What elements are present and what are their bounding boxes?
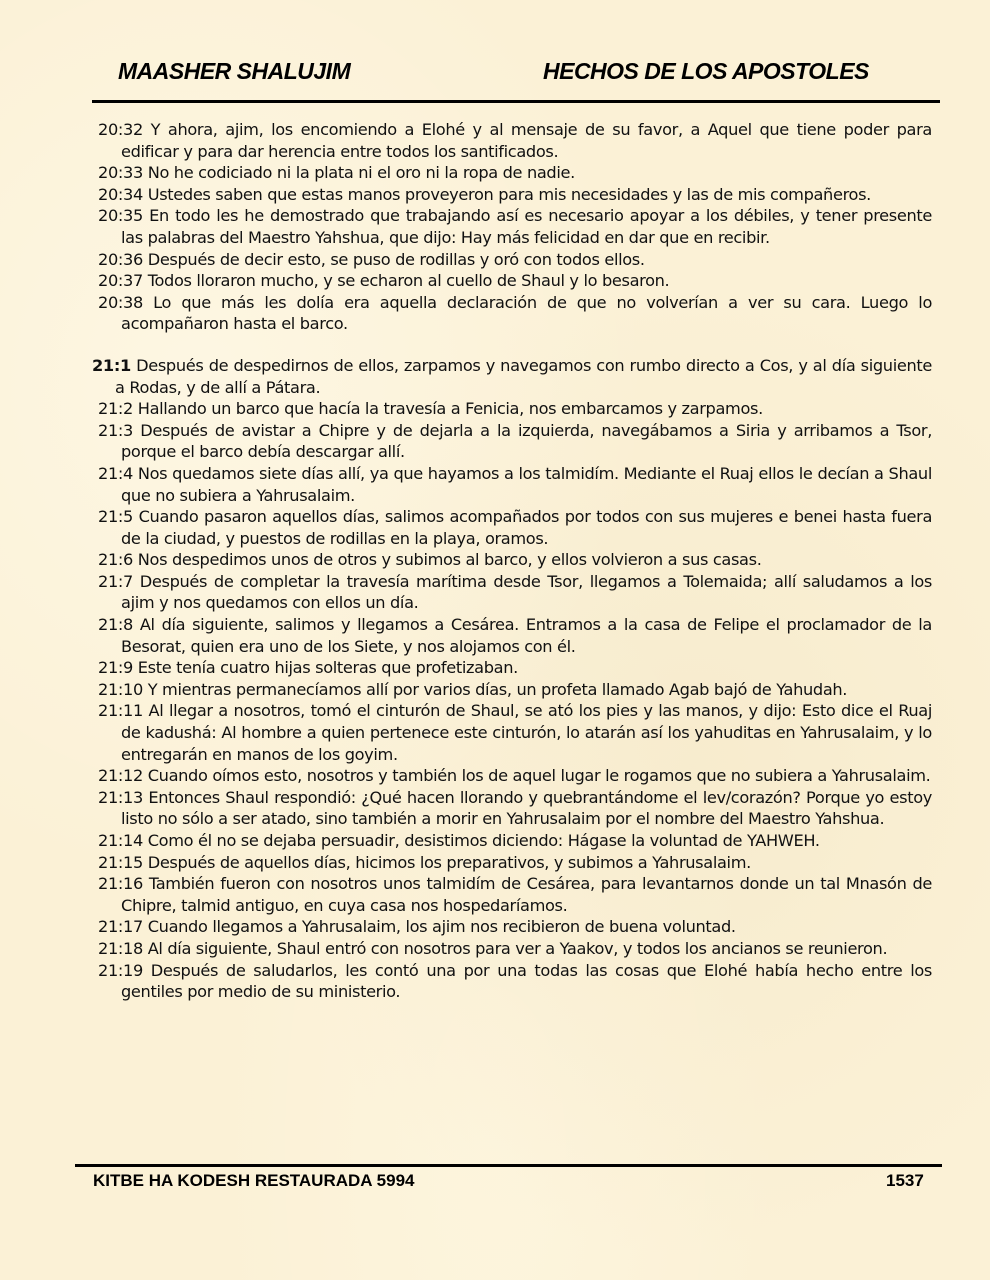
- verse: 21:10 Y mientras permanecíamos allí por …: [98, 679, 932, 701]
- verse-text: Hallando un barco que hacía la travesía …: [138, 399, 763, 418]
- verse: 21:7 Después de completar la travesía ma…: [98, 571, 932, 614]
- verse-text: No he codiciado ni la plata ni el oro ni…: [148, 163, 575, 182]
- verse-text: Todos lloraron mucho, y se echaron al cu…: [148, 271, 670, 290]
- verse-ref: 21:3: [98, 421, 133, 440]
- verse: 21:6 Nos despedimos unos de otros y subi…: [98, 549, 932, 571]
- verse: 20:32 Y ahora, ajim, los encomiendo a El…: [98, 119, 932, 162]
- verse-ref: 21:7: [98, 572, 133, 591]
- verse-text: Este tenía cuatro hijas solteras que pro…: [138, 658, 518, 677]
- verse: 21:3 Después de avistar a Chipre y de de…: [98, 420, 932, 463]
- verse: 21:18 Al día siguiente, Shaul entró con …: [98, 938, 932, 960]
- verse: 21:16 También fueron con nosotros unos t…: [98, 873, 932, 916]
- verse: 21:14 Como él no se dejaba persuadir, de…: [98, 830, 932, 852]
- verse-ref: 20:32: [98, 120, 143, 139]
- verse-ref: 21:13: [98, 788, 143, 807]
- page-number: 1537: [886, 1171, 924, 1191]
- chapter-start-verse: 21:1 Después de despedirnos de ellos, za…: [92, 355, 932, 398]
- verse: 20:37 Todos lloraron mucho, y se echaron…: [98, 270, 932, 292]
- chapter-verse-ref: 21:1: [92, 356, 131, 375]
- verse: 21:13 Entonces Shaul respondió: ¿Qué hac…: [98, 787, 932, 830]
- verse: 20:33 No he codiciado ni la plata ni el …: [98, 162, 932, 184]
- verse-ref: 21:6: [98, 550, 133, 569]
- page-body: 20:32 Y ahora, ajim, los encomiendo a El…: [98, 119, 932, 1003]
- verse-ref: 21:9: [98, 658, 133, 677]
- verse-ref: 21:12: [98, 766, 143, 785]
- verse-ref: 20:35: [98, 206, 143, 225]
- verse: 21:2 Hallando un barco que hacía la trav…: [98, 398, 932, 420]
- verse: 20:34 Ustedes saben que estas manos prov…: [98, 184, 932, 206]
- running-header-book-spanish: HECHOS DE LOS APOSTOLES: [543, 58, 869, 85]
- verse-ref: 20:36: [98, 250, 143, 269]
- verse-ref: 21:18: [98, 939, 143, 958]
- verse: 21:12 Cuando oímos esto, nosotros y tamb…: [98, 765, 932, 787]
- verse-ref: 20:38: [98, 293, 143, 312]
- verse: 21:11 Al llegar a nosotros, tomó el cint…: [98, 700, 932, 765]
- verse-text: Después de decir esto, se puso de rodill…: [148, 250, 645, 269]
- verse-text: Ustedes saben que estas manos proveyeron…: [148, 185, 871, 204]
- verse-text: Al llegar a nosotros, tomó el cinturón d…: [121, 701, 932, 763]
- verse-ref: 21:10: [98, 680, 143, 699]
- verse-text: Y mientras permanecíamos allí por varios…: [148, 680, 847, 699]
- verse: 21:17 Cuando llegamos a Yahrusalaim, los…: [98, 916, 932, 938]
- footer-divider: [75, 1164, 942, 1167]
- verse: 20:38 Lo que más les dolía era aquella d…: [98, 292, 932, 335]
- verse-text: Después de saludarlos, les contó una por…: [121, 961, 932, 1002]
- verse-ref: 21:19: [98, 961, 143, 980]
- verse-text: Nos despedimos unos de otros y subimos a…: [138, 550, 762, 569]
- verse-text: En todo les he demostrado que trabajando…: [121, 206, 932, 247]
- footer-title: KITBE HA KODESH RESTAURADA 5994: [93, 1171, 414, 1191]
- verse-text: Después de completar la travesía marítim…: [121, 572, 932, 613]
- chapter-spacer: [98, 335, 932, 355]
- verse-text: Cuando pasaron aquellos días, salimos ac…: [121, 507, 932, 548]
- verse: 21:4 Nos quedamos siete días allí, ya qu…: [98, 463, 932, 506]
- verse-text: Cuando oímos esto, nosotros y también lo…: [148, 766, 931, 785]
- verse-text: Nos quedamos siete días allí, ya que hay…: [121, 464, 932, 505]
- verse: 20:36 Después de decir esto, se puso de …: [98, 249, 932, 271]
- verse-ref: 21:4: [98, 464, 133, 483]
- verse-text: Y ahora, ajim, los encomiendo a Elohé y …: [121, 120, 932, 161]
- verse-ref: 21:2: [98, 399, 133, 418]
- verse-ref: 21:17: [98, 917, 143, 936]
- verse: 21:9 Este tenía cuatro hijas solteras qu…: [98, 657, 932, 679]
- verse-text: También fueron con nosotros unos talmidí…: [121, 874, 932, 915]
- verse: 21:5 Cuando pasaron aquellos días, salim…: [98, 506, 932, 549]
- header-divider: [92, 100, 940, 103]
- verse-ref: 21:16: [98, 874, 143, 893]
- verse-ref: 20:37: [98, 271, 143, 290]
- verse-text: Al día siguiente, salimos y llegamos a C…: [121, 615, 932, 656]
- verse-text: Cuando llegamos a Yahrusalaim, los ajim …: [148, 917, 736, 936]
- verse: 21:15 Después de aquellos días, hicimos …: [98, 852, 932, 874]
- verse-ref: 21:5: [98, 507, 133, 526]
- verse-ref: 21:8: [98, 615, 133, 634]
- verse-text: Como él no se dejaba persuadir, desistim…: [148, 831, 820, 850]
- verse-text: Al día siguiente, Shaul entró con nosotr…: [148, 939, 888, 958]
- verse-ref: 21:15: [98, 853, 143, 872]
- running-header-book-hebrew: MAASHER SHALUJIM: [118, 58, 350, 85]
- verse-ref: 20:34: [98, 185, 143, 204]
- verse-ref: 21:11: [98, 701, 143, 720]
- verse-text: Lo que más les dolía era aquella declara…: [121, 293, 932, 334]
- verse-text: Después de aquellos días, hicimos los pr…: [148, 853, 751, 872]
- verse-text: Después de despedirnos de ellos, zarpamo…: [115, 356, 932, 397]
- verse: 21:19 Después de saludarlos, les contó u…: [98, 960, 932, 1003]
- verse: 20:35 En todo les he demostrado que trab…: [98, 205, 932, 248]
- verse-text: Después de avistar a Chipre y de dejarla…: [121, 421, 932, 462]
- verse-ref: 21:14: [98, 831, 143, 850]
- verse-text: Entonces Shaul respondió: ¿Qué hacen llo…: [121, 788, 932, 829]
- verse-ref: 20:33: [98, 163, 143, 182]
- verse: 21:8 Al día siguiente, salimos y llegamo…: [98, 614, 932, 657]
